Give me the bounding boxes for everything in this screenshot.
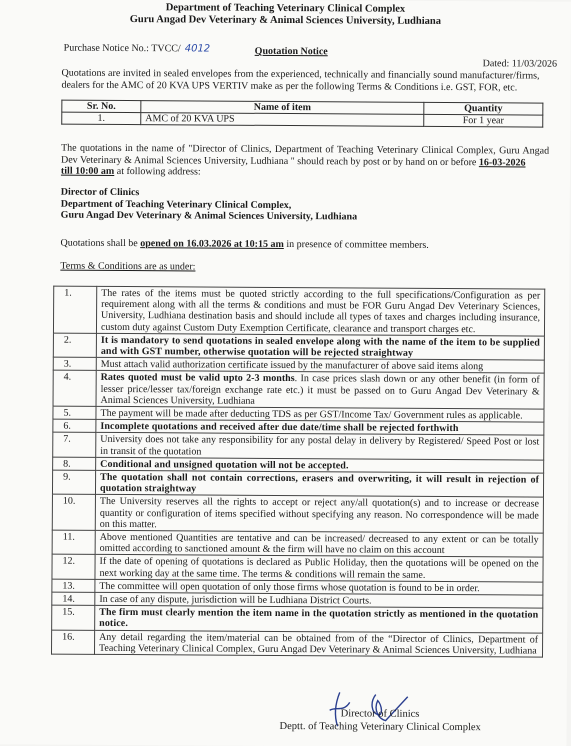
term-number: 5. (53, 406, 96, 419)
table-row: 2.It is mandatory to send quotations in … (53, 333, 544, 360)
notice-date: Dated: 11/03/2026 (483, 58, 557, 70)
submission-deadline-date: 16-03-2026 (479, 157, 526, 168)
term-number: 9. (52, 470, 95, 495)
term-number: 16. (51, 630, 94, 655)
term-number: 11. (52, 530, 95, 555)
term-number: 14. (52, 592, 95, 605)
term-number: 6. (53, 419, 96, 432)
term-number: 8. (53, 457, 96, 470)
item-quantity: For 1 year (424, 114, 543, 127)
term-text: The firm must clearly mention the item n… (95, 606, 543, 633)
university-heading: Guru Angad Dev Veterinary & Animal Scien… (0, 13, 571, 28)
term-text: Rates quoted must be valid upto 2-3 mont… (96, 371, 544, 409)
opening-statement: Quotations shall be opened on 16.03.2026… (60, 238, 428, 252)
signatory-title: Director of Clinics (341, 708, 420, 719)
terms-heading: Terms & Conditions are as under: (60, 261, 195, 273)
term-number: 10. (52, 495, 95, 531)
table-row: 4.Rates quoted must be valid upto 2-3 mo… (53, 371, 544, 410)
submission-deadline-time: till 10:00 am (61, 166, 114, 177)
submission-paragraph: The quotations in the name of "Director … (61, 143, 549, 180)
term-number: 1. (53, 286, 96, 333)
term-bold-prefix: Rates quoted must be valid upto 2-3 mont… (101, 372, 295, 384)
term-text: Above mentioned Quantities are tentative… (95, 530, 543, 557)
submission-text: The quotations in the name of "Director … (61, 143, 549, 168)
opening-text-after: in presence of committee members. (284, 239, 429, 251)
address-line-3: Guru Angad Dev Veterinary & Animal Scien… (61, 210, 357, 223)
quotation-notice-page: Department of Teaching Veterinary Clinic… (0, 0, 571, 746)
col-quantity: Quantity (424, 102, 543, 115)
purchase-notice-label: Purchase Notice No.: TVCC/ (64, 43, 181, 55)
term-number: 3. (53, 357, 96, 370)
term-number: 4. (53, 371, 96, 407)
purchase-notice-number: Purchase Notice No.: TVCC/4012 (64, 43, 211, 55)
table-row: 16.Any detail regarding the item/materia… (51, 630, 542, 657)
term-text: Any detail regarding the item/material c… (94, 630, 542, 657)
item-sr: 1. (62, 112, 141, 124)
term-number: 12. (52, 555, 95, 580)
opening-text: Quotations shall be (60, 238, 140, 249)
table-row: 9.The quotation shall not contain correc… (52, 470, 543, 497)
intro-paragraph: Quotations are invited in sealed envelop… (61, 68, 539, 94)
table-row: 1. AMC of 20 KVA UPS For 1 year (62, 112, 543, 127)
term-number: 7. (53, 433, 96, 458)
signatory-department: Deptt. of Teaching Veterinary Clinical C… (280, 721, 481, 733)
address-block: Director of Clinics Department of Teachi… (61, 187, 358, 223)
term-number: 15. (52, 605, 95, 630)
term-number: 13. (52, 579, 95, 592)
table-row: 1.The rates of the items must be quoted … (53, 286, 544, 336)
opening-datetime: opened on 16.03.2026 at 10:15 am (140, 238, 284, 250)
term-text: The rates of the items must be quoted st… (96, 286, 544, 336)
item-name: AMC of 20 KVA UPS (141, 113, 424, 127)
notice-title: Quotation Notice (255, 46, 328, 58)
table-row: 15.The firm must clearly mention the ite… (52, 605, 543, 632)
items-table: Sr. No. Name of item Quantity 1. AMC of … (61, 100, 543, 128)
term-text: It is mandatory to send quotations in se… (96, 333, 544, 360)
term-text: The quotation shall not contain correcti… (95, 470, 543, 497)
table-row: 7.University does not take any responsib… (53, 433, 544, 460)
term-text: The University reserves all the rights t… (95, 495, 543, 533)
handwritten-notice-number: 4012 (185, 43, 211, 54)
table-row: 10.The University reserves all the right… (52, 495, 543, 534)
table-row: 12.If the date of opening of quotations … (52, 555, 543, 582)
term-text: University does not take any responsibil… (96, 433, 544, 460)
term-number: 2. (53, 333, 96, 358)
term-text: If the date of opening of quotations is … (95, 555, 543, 582)
col-sr-no: Sr. No. (62, 100, 141, 112)
terms-table: 1.The rates of the items must be quoted … (51, 286, 545, 658)
table-row: 11.Above mentioned Quantities are tentat… (52, 530, 543, 557)
submission-text-after: at following address: (114, 166, 200, 178)
